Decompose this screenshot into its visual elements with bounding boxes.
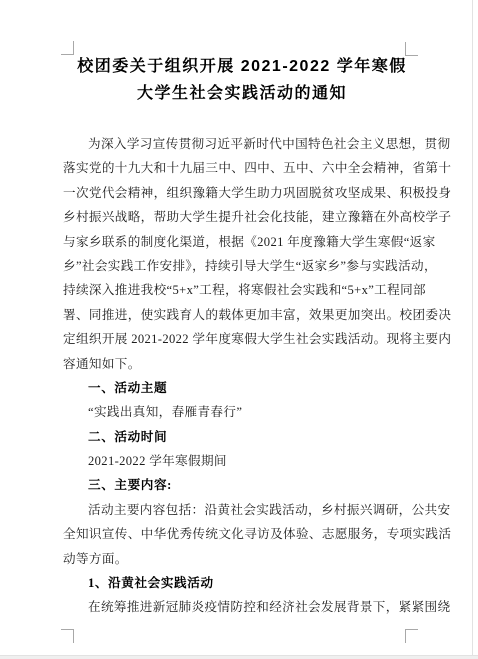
document-page: 校团委关于组织开展 2021-2022 学年寒假 大学生社会实践活动的通知 为深… [0,0,478,659]
text-boundary-mark-bottom-left [61,629,74,643]
doc-text-line: 与家乡联系的制度化渠道，根据《2021 年度豫籍大学生寒假“返家 [63,230,429,254]
doc-text-line: 落实党的十九大和十九届三中、四中、五中、六中全会精神，省第十 [63,156,429,180]
doc-heading-line: 1、沿黄社会实践活动 [63,571,429,595]
doc-text-line: 一次党代会精神，组织豫籍大学生助力巩固脱贫攻坚成果、积极投身 [63,181,429,205]
page-right-edge [472,0,473,659]
doc-heading-line: 二、活动时间 [63,425,429,449]
doc-heading-line: 三、主要内容: [63,473,429,497]
doc-text-line: 乡”社会实践工作安排》，持续引导大学生“返家乡”参与实践活动， [63,254,429,278]
doc-text-line: 乡村振兴战略，帮助大学生提升社会化技能，建立豫籍在外高校学子 [63,205,429,229]
doc-text-line: 2021-2022 学年寒假期间 [63,449,429,473]
doc-text-line: 定组织开展 2021-2022 学年度寒假大学生社会实践活动。现将主要内 [63,327,429,351]
doc-text-line: 持续深入推进我校“5+x”工程，将寒假社会实践和“5+x”工程同部 [63,278,429,302]
document-body-text[interactable]: 为深入学习宣传贯彻习近平新时代中国特色社会主义思想，贯彻落实党的十九大和十九届三… [63,132,429,620]
doc-text-line: 为深入学习宣传贯彻习近平新时代中国特色社会主义思想，贯彻 [63,132,429,156]
document-title-line-2: 大学生社会实践活动的通知 [63,81,421,108]
doc-text-line: 全知识宣传、中华优秀传统文化寻访及体验、志愿服务，专项实践活 [63,522,429,546]
doc-text-line: 在统筹推进新冠肺炎疫情防控和经济社会发展背景下，紧紧围绕 [63,595,429,619]
doc-text-line: 署、同推进，使实践育人的载体更加丰富，效果更加突出。校团委决 [63,303,429,327]
doc-text-line: 动等方面。 [63,547,429,571]
doc-heading-line: 一、活动主题 [63,376,429,400]
doc-text-line: “实践出真知，春雁青春行” [63,400,429,424]
doc-text-line: 容通知如下。 [63,352,429,376]
doc-text-line: 活动主要内容包括：沿黄社会实践活动，乡村振兴调研，公共安 [63,498,429,522]
document-title-line-1: 校团委关于组织开展 2021-2022 学年寒假 [63,54,421,81]
document-title: 校团委关于组织开展 2021-2022 学年寒假 大学生社会实践活动的通知 [63,54,421,107]
text-boundary-mark-top-left [61,41,74,55]
text-boundary-mark-bottom-right [405,629,418,643]
page-bottom-edge [0,655,478,659]
